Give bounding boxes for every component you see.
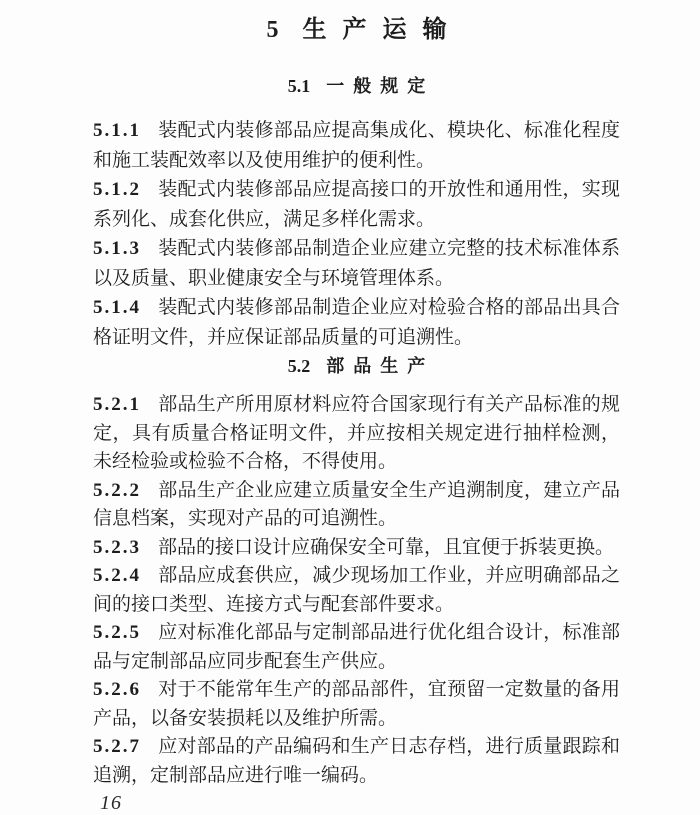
- chapter-number: 5: [267, 17, 279, 43]
- section-parts-production: 5.2部品生产 5.2.1部品生产所用原材料应符合国家现行有关产品标准的规定，具…: [93, 355, 620, 790]
- clause-number: 5.2.4: [93, 565, 141, 586]
- section-title: 部品生产: [326, 356, 434, 376]
- clause-text: 部品的接口设计应确保安全可靠，且宜便于拆装更换。: [158, 537, 614, 558]
- clause-text: 对于不能常年生产的部品部件，宜预留一定数量的备用产品，以备安装损耗以及维护所需。: [93, 679, 620, 729]
- clause-text: 装配式内装修部品制造企业应对检验合格的部品出具合格证明文件，并应保证部品质量的可…: [93, 297, 620, 348]
- clause-number: 5.1.2: [93, 179, 141, 200]
- chapter-title: 生产运输: [303, 17, 463, 43]
- clause-number: 5.2.2: [93, 480, 141, 501]
- clause-number: 5.1.4: [93, 297, 141, 318]
- clause-5-1-3: 5.1.3装配式内装修部品制造企业应建立完整的技术标准体系以及质量、职业健康安全…: [93, 234, 620, 293]
- clause-text: 装配式内装修部品应提高接口的开放性和通用性，实现系列化、成套化供应，满足多样化需…: [93, 179, 620, 230]
- clause-number: 5.2.3: [93, 537, 141, 558]
- clause-number: 5.2.1: [93, 394, 141, 415]
- document-page: 5生产运输 5.1一般规定 5.1.1装配式内装修部品应提高集成化、模块化、标准…: [0, 0, 700, 815]
- clause-5-2-3: 5.2.3部品的接口设计应确保安全可靠，且宜便于拆装更换。: [93, 534, 620, 563]
- clause-number: 5.2.7: [93, 736, 141, 757]
- chapter-heading: 5生产运输: [93, 14, 620, 46]
- clause-5-2-6: 5.2.6对于不能常年生产的部品部件，宜预留一定数量的备用产品，以备安装损耗以及…: [93, 676, 620, 733]
- clause-text: 部品应成套供应，减少现场加工作业，并应明确部品之间的接口类型、连接方式与配套部件…: [93, 565, 620, 615]
- clause-5-2-5: 5.2.5应对标准化部品与定制部品进行优化组合设计，标准部品与定制部品应同步配套…: [93, 619, 620, 676]
- clause-text: 装配式内装修部品应提高集成化、模块化、标准化程度和施工装配效率以及使用维护的便利…: [93, 120, 620, 171]
- clause-5-2-2: 5.2.2部品生产企业应建立质量安全生产追溯制度，建立产品信息档案，实现对产品的…: [93, 477, 620, 534]
- section-heading-5-2: 5.2部品生产: [93, 355, 620, 378]
- clause-5-1-2: 5.1.2装配式内装修部品应提高接口的开放性和通用性，实现系列化、成套化供应，满…: [93, 175, 620, 234]
- section-title: 一般规定: [326, 76, 434, 96]
- clause-5-2-1: 5.2.1部品生产所用原材料应符合国家现行有关产品标准的规定，具有质量合格证明文…: [93, 391, 620, 477]
- clause-number: 5.2.6: [93, 679, 141, 700]
- clause-text: 部品生产所用原材料应符合国家现行有关产品标准的规定，具有质量合格证明文件，并应按…: [93, 394, 620, 472]
- clause-text: 应对标准化部品与定制部品进行优化组合设计，标准部品与定制部品应同步配套生产供应。: [93, 622, 620, 672]
- section-number: 5.2: [288, 356, 311, 376]
- section-number: 5.1: [288, 76, 311, 96]
- clause-5-1-1: 5.1.1装配式内装修部品应提高集成化、模块化、标准化程度和施工装配效率以及使用…: [93, 116, 620, 175]
- clause-5-1-4: 5.1.4装配式内装修部品制造企业应对检验合格的部品出具合格证明文件，并应保证部…: [93, 293, 620, 352]
- clause-5-2-7: 5.2.7应对部品的产品编码和生产日志存档，进行质量跟踪和追溯，定制部品应进行唯…: [93, 733, 620, 790]
- clause-number: 5.2.5: [93, 622, 141, 643]
- clause-number: 5.1.1: [93, 120, 141, 141]
- section-general-provisions: 5.1一般规定 5.1.1装配式内装修部品应提高集成化、模块化、标准化程度和施工…: [93, 75, 620, 352]
- clause-number: 5.1.3: [93, 238, 141, 259]
- clause-text: 应对部品的产品编码和生产日志存档，进行质量跟踪和追溯，定制部品应进行唯一编码。: [93, 736, 620, 786]
- section-heading-5-1: 5.1一般规定: [93, 75, 620, 98]
- page-number: 16: [93, 791, 620, 815]
- clause-5-2-4: 5.2.4部品应成套供应，减少现场加工作业，并应明确部品之间的接口类型、连接方式…: [93, 562, 620, 619]
- clause-text: 部品生产企业应建立质量安全生产追溯制度，建立产品信息档案，实现对产品的可追溯性。: [93, 480, 620, 530]
- clause-text: 装配式内装修部品制造企业应建立完整的技术标准体系以及质量、职业健康安全与环境管理…: [93, 238, 620, 289]
